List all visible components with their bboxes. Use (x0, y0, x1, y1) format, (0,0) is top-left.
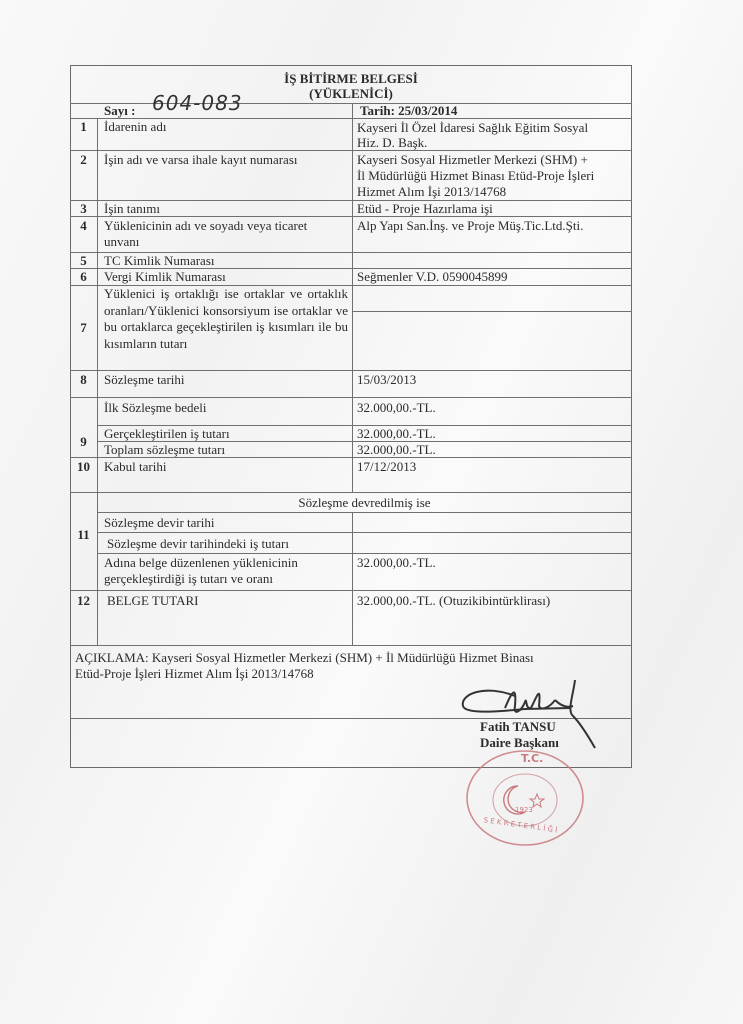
grid-line (70, 457, 632, 458)
row-label: Vergi Kimlik Numarası (104, 269, 226, 284)
svg-text:T.C.: T.C. (521, 752, 543, 765)
tarih: Tarih: 25/03/2014 (360, 103, 457, 118)
row-value: 32.000,00.-TL. (357, 442, 436, 457)
row-label: Gerçekleştirilen iş tutarı (104, 426, 230, 441)
row-number: 8 (70, 372, 97, 387)
grid-line (97, 532, 632, 533)
row-label: Sözleşme devir tarihi (104, 515, 214, 530)
row-value: 15/03/2013 (357, 372, 416, 387)
row-number: 6 (70, 269, 97, 284)
grid-line (70, 150, 632, 151)
row-value: Etüd - Proje Hazırlama işi (357, 201, 493, 216)
document-title: İŞ BİTİRME BELGESİ (70, 71, 632, 86)
official-seal-stamp: T.C. 1923 S E K R E T E R L İ Ğ İ (463, 748, 587, 848)
row-value: Kayseri İl Özel İdaresi Sağlık Eğitim So… (357, 120, 588, 135)
row-value: Seğmenler V.D. 0590045899 (357, 269, 507, 284)
row-number: 12 (70, 593, 97, 608)
grid-line (352, 103, 353, 492)
row-label: İşin tanımı (104, 201, 160, 216)
row-label: İşin adı ve varsa ihale kayıt numarası (104, 152, 298, 167)
grid-line (70, 397, 632, 398)
grid-line (97, 512, 632, 513)
row-value: 32.000,00.-TL. (357, 426, 436, 441)
row-label: Toplam sözleşme tutarı (104, 442, 225, 457)
row-number: 11 (70, 527, 97, 542)
grid-line (352, 311, 632, 312)
row-number: 9 (70, 434, 97, 449)
grid-line (70, 645, 632, 646)
row-number: 2 (70, 152, 97, 167)
row-number: 7 (70, 320, 97, 335)
row-label: İdarenin adı (104, 119, 166, 134)
row-number: 4 (70, 218, 97, 233)
grid-line (70, 492, 632, 493)
row-label: Yüklenici iş ortaklığı ise ortaklar ve o… (104, 286, 348, 352)
row-value: 32.000,00.-TL. (357, 400, 436, 415)
row-label: İlk Sözleşme bedeli (104, 400, 207, 415)
row-value: Kayseri Sosyal Hizmetler Merkezi (SHM) + (357, 152, 588, 167)
aciklama-line-1: AÇIKLAMA: Kayseri Sosyal Hizmetler Merke… (75, 650, 534, 665)
row-value: İl Müdürlüğü Hizmet Binası Etüd-Proje İş… (357, 168, 594, 183)
grid-line (70, 590, 632, 591)
row-number: 5 (70, 253, 97, 268)
svg-text:1923: 1923 (515, 806, 533, 814)
signatory-name: Fatih TANSU (480, 719, 556, 734)
row-number: 3 (70, 201, 97, 216)
section-header: Sözleşme devredilmiş ise (97, 495, 632, 510)
row-label: Kabul tarihi (104, 459, 166, 474)
row-value: 32.000,00.-TL. (Otuzikibintürklirası) (357, 593, 550, 608)
row-label: TC Kimlik Numarası (104, 253, 215, 268)
row-number: 1 (70, 119, 97, 134)
svg-text:S E K R E T E R L İ Ğ İ: S E K R E T E R L İ Ğ İ (483, 815, 558, 834)
row-value: 17/12/2013 (357, 459, 416, 474)
grid-line (97, 118, 98, 492)
row-number: 10 (70, 459, 97, 474)
row-label: Sözleşme tarihi (104, 372, 185, 387)
row-value: Alp Yapı San.İnş. ve Proje Müş.Tic.Ltd.Ş… (357, 218, 583, 233)
row-label: BELGE TUTARI (107, 593, 199, 608)
grid-line (70, 216, 632, 217)
grid-line (352, 512, 353, 645)
aciklama-line-2: Etüd-Proje İşleri Hizmet Alım İşi 2013/1… (75, 666, 314, 681)
row-label: Adına belge düzenlenen yüklenicinin (104, 555, 298, 570)
sayi-value-handwritten: 604-083 (152, 96, 243, 111)
grid-line (97, 492, 98, 645)
sayi-label: Sayı : (104, 103, 135, 118)
row-value: Hiz. D. Başk. (357, 135, 427, 150)
row-label: unvanı (104, 234, 139, 249)
row-label: Sözleşme devir tarihindeki iş tutarı (107, 536, 289, 551)
grid-line (97, 553, 632, 554)
row-value: Hizmet Alım İşi 2013/14768 (357, 184, 506, 199)
grid-line (70, 370, 632, 371)
row-label: Yüklenicinin adı ve soyadı veya ticaret (104, 218, 307, 233)
row-label: gerçekleştirdiği iş tutarı ve oranı (104, 571, 273, 586)
row-value: 32.000,00.-TL. (357, 555, 436, 570)
